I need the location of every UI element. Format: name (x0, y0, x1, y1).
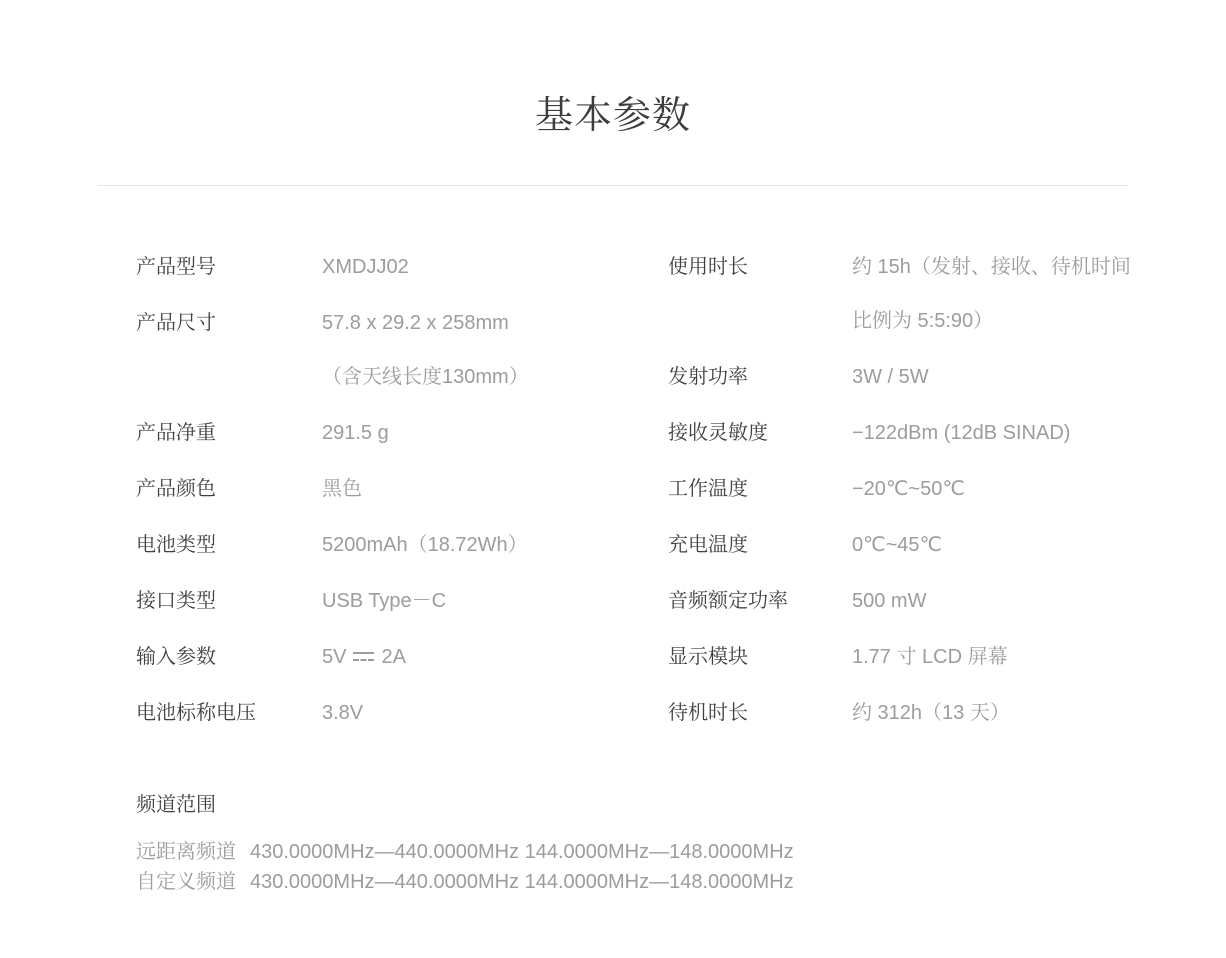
spec-label: 产品尺寸 (136, 309, 322, 391)
channel-label: 远距离频道 (136, 837, 250, 867)
spec-value: 约 312h（13 天） (852, 699, 1186, 727)
spec-row-charging-temp: 充电温度 0℃~45℃ (668, 531, 1186, 559)
spec-row-display-module: 显示模块 1.77 寸 LCD 屏幕 (668, 643, 1186, 671)
spec-value: 1.77 寸 LCD 屏幕 (852, 643, 1186, 671)
spec-label: 产品颜色 (136, 475, 322, 503)
spec-row-audio-power: 音频额定功率 500 mW (668, 587, 1186, 615)
input-voltage: 5V (322, 646, 346, 668)
spec-label: 工作温度 (668, 475, 852, 503)
spec-value: USB Type－C (322, 587, 668, 615)
spec-label: 接口类型 (136, 587, 322, 615)
spec-value: −122dBm (12dB SINAD) (852, 419, 1186, 447)
spec-row-tx-power: 发射功率 3W / 5W (668, 363, 1186, 391)
spec-label: 使用时长 (668, 253, 852, 335)
spec-label: 产品净重 (136, 419, 322, 447)
channel-range-heading: 频道范围 (136, 791, 1226, 819)
channel-value: 430.0000MHz—440.0000MHz 144.0000MHz—148.… (250, 867, 1226, 897)
spec-row-standby-time: 待机时长 约 312h（13 天） (668, 699, 1186, 727)
page-title: 基本参数 (0, 90, 1226, 142)
channel-value: 430.0000MHz—440.0000MHz 144.0000MHz—148.… (250, 837, 1226, 867)
spec-column-right: 使用时长 约 15h（发射、接收、待机时间 比例为 5:5:90） 发射功率 3… (668, 253, 1226, 727)
channel-row-custom: 自定义频道 430.0000MHz—440.0000MHz 144.0000MH… (136, 867, 1226, 897)
spec-page: 基本参数 产品型号 XMDJJ02 产品尺寸 57.8 x 29.2 x 258… (0, 0, 1226, 897)
channel-label: 自定义频道 (136, 867, 250, 897)
spec-value: 约 15h（发射、接收、待机时间 比例为 5:5:90） (852, 253, 1186, 335)
spec-value: 0℃~45℃ (852, 531, 1186, 559)
spec-value: 291.5 g (322, 419, 668, 447)
spec-label: 充电温度 (668, 531, 852, 559)
spec-row-product-size: 产品尺寸 57.8 x 29.2 x 258mm （含天线长度130mm） (136, 309, 668, 391)
dc-symbol-icon (353, 650, 374, 664)
channel-row-long-distance: 远距离频道 430.0000MHz—440.0000MHz 144.0000MH… (136, 837, 1226, 867)
spec-label: 显示模块 (668, 643, 852, 671)
spec-column-left: 产品型号 XMDJJ02 产品尺寸 57.8 x 29.2 x 258mm （含… (136, 253, 668, 727)
spec-value: XMDJJ02 (322, 253, 668, 281)
channel-rows: 远距离频道 430.0000MHz—440.0000MHz 144.0000MH… (136, 837, 1226, 897)
spec-row-usage-time: 使用时长 约 15h（发射、接收、待机时间 比例为 5:5:90） (668, 253, 1186, 335)
spec-label: 接收灵敏度 (668, 419, 852, 447)
spec-value: 3.8V (322, 699, 668, 727)
spec-row-net-weight: 产品净重 291.5 g (136, 419, 668, 447)
spec-row-input-power: 输入参数 5V2A (136, 643, 668, 671)
spec-value: 500 mW (852, 587, 1186, 615)
spec-row-rx-sensitivity: 接收灵敏度 −122dBm (12dB SINAD) (668, 419, 1186, 447)
spec-label: 输入参数 (136, 643, 322, 671)
spec-value: 57.8 x 29.2 x 258mm （含天线长度130mm） (322, 309, 668, 391)
spec-row-operating-temp: 工作温度 −20℃~50℃ (668, 475, 1186, 503)
spec-row-port-type: 接口类型 USB Type－C (136, 587, 668, 615)
spec-row-product-model: 产品型号 XMDJJ02 (136, 253, 668, 281)
spec-value: 5V2A (322, 643, 668, 671)
spec-table: 产品型号 XMDJJ02 产品尺寸 57.8 x 29.2 x 258mm （含… (0, 186, 1226, 727)
spec-label: 电池类型 (136, 531, 322, 559)
spec-label: 电池标称电压 (136, 699, 322, 727)
spec-label: 发射功率 (668, 363, 852, 391)
spec-value: 黑色 (322, 475, 668, 503)
spec-row-color: 产品颜色 黑色 (136, 475, 668, 503)
spec-label: 待机时长 (668, 699, 852, 727)
input-current: 2A (381, 646, 405, 668)
spec-row-battery-voltage: 电池标称电压 3.8V (136, 699, 668, 727)
spec-value: 3W / 5W (852, 363, 1186, 391)
spec-value: 5200mAh（18.72Wh） (322, 531, 668, 559)
channel-range-section: 频道范围 远距离频道 430.0000MHz—440.0000MHz 144.0… (136, 791, 1226, 897)
spec-label: 产品型号 (136, 253, 322, 281)
spec-row-battery-type: 电池类型 5200mAh（18.72Wh） (136, 531, 668, 559)
spec-label: 音频额定功率 (668, 587, 852, 615)
spec-value: −20℃~50℃ (852, 475, 1186, 503)
